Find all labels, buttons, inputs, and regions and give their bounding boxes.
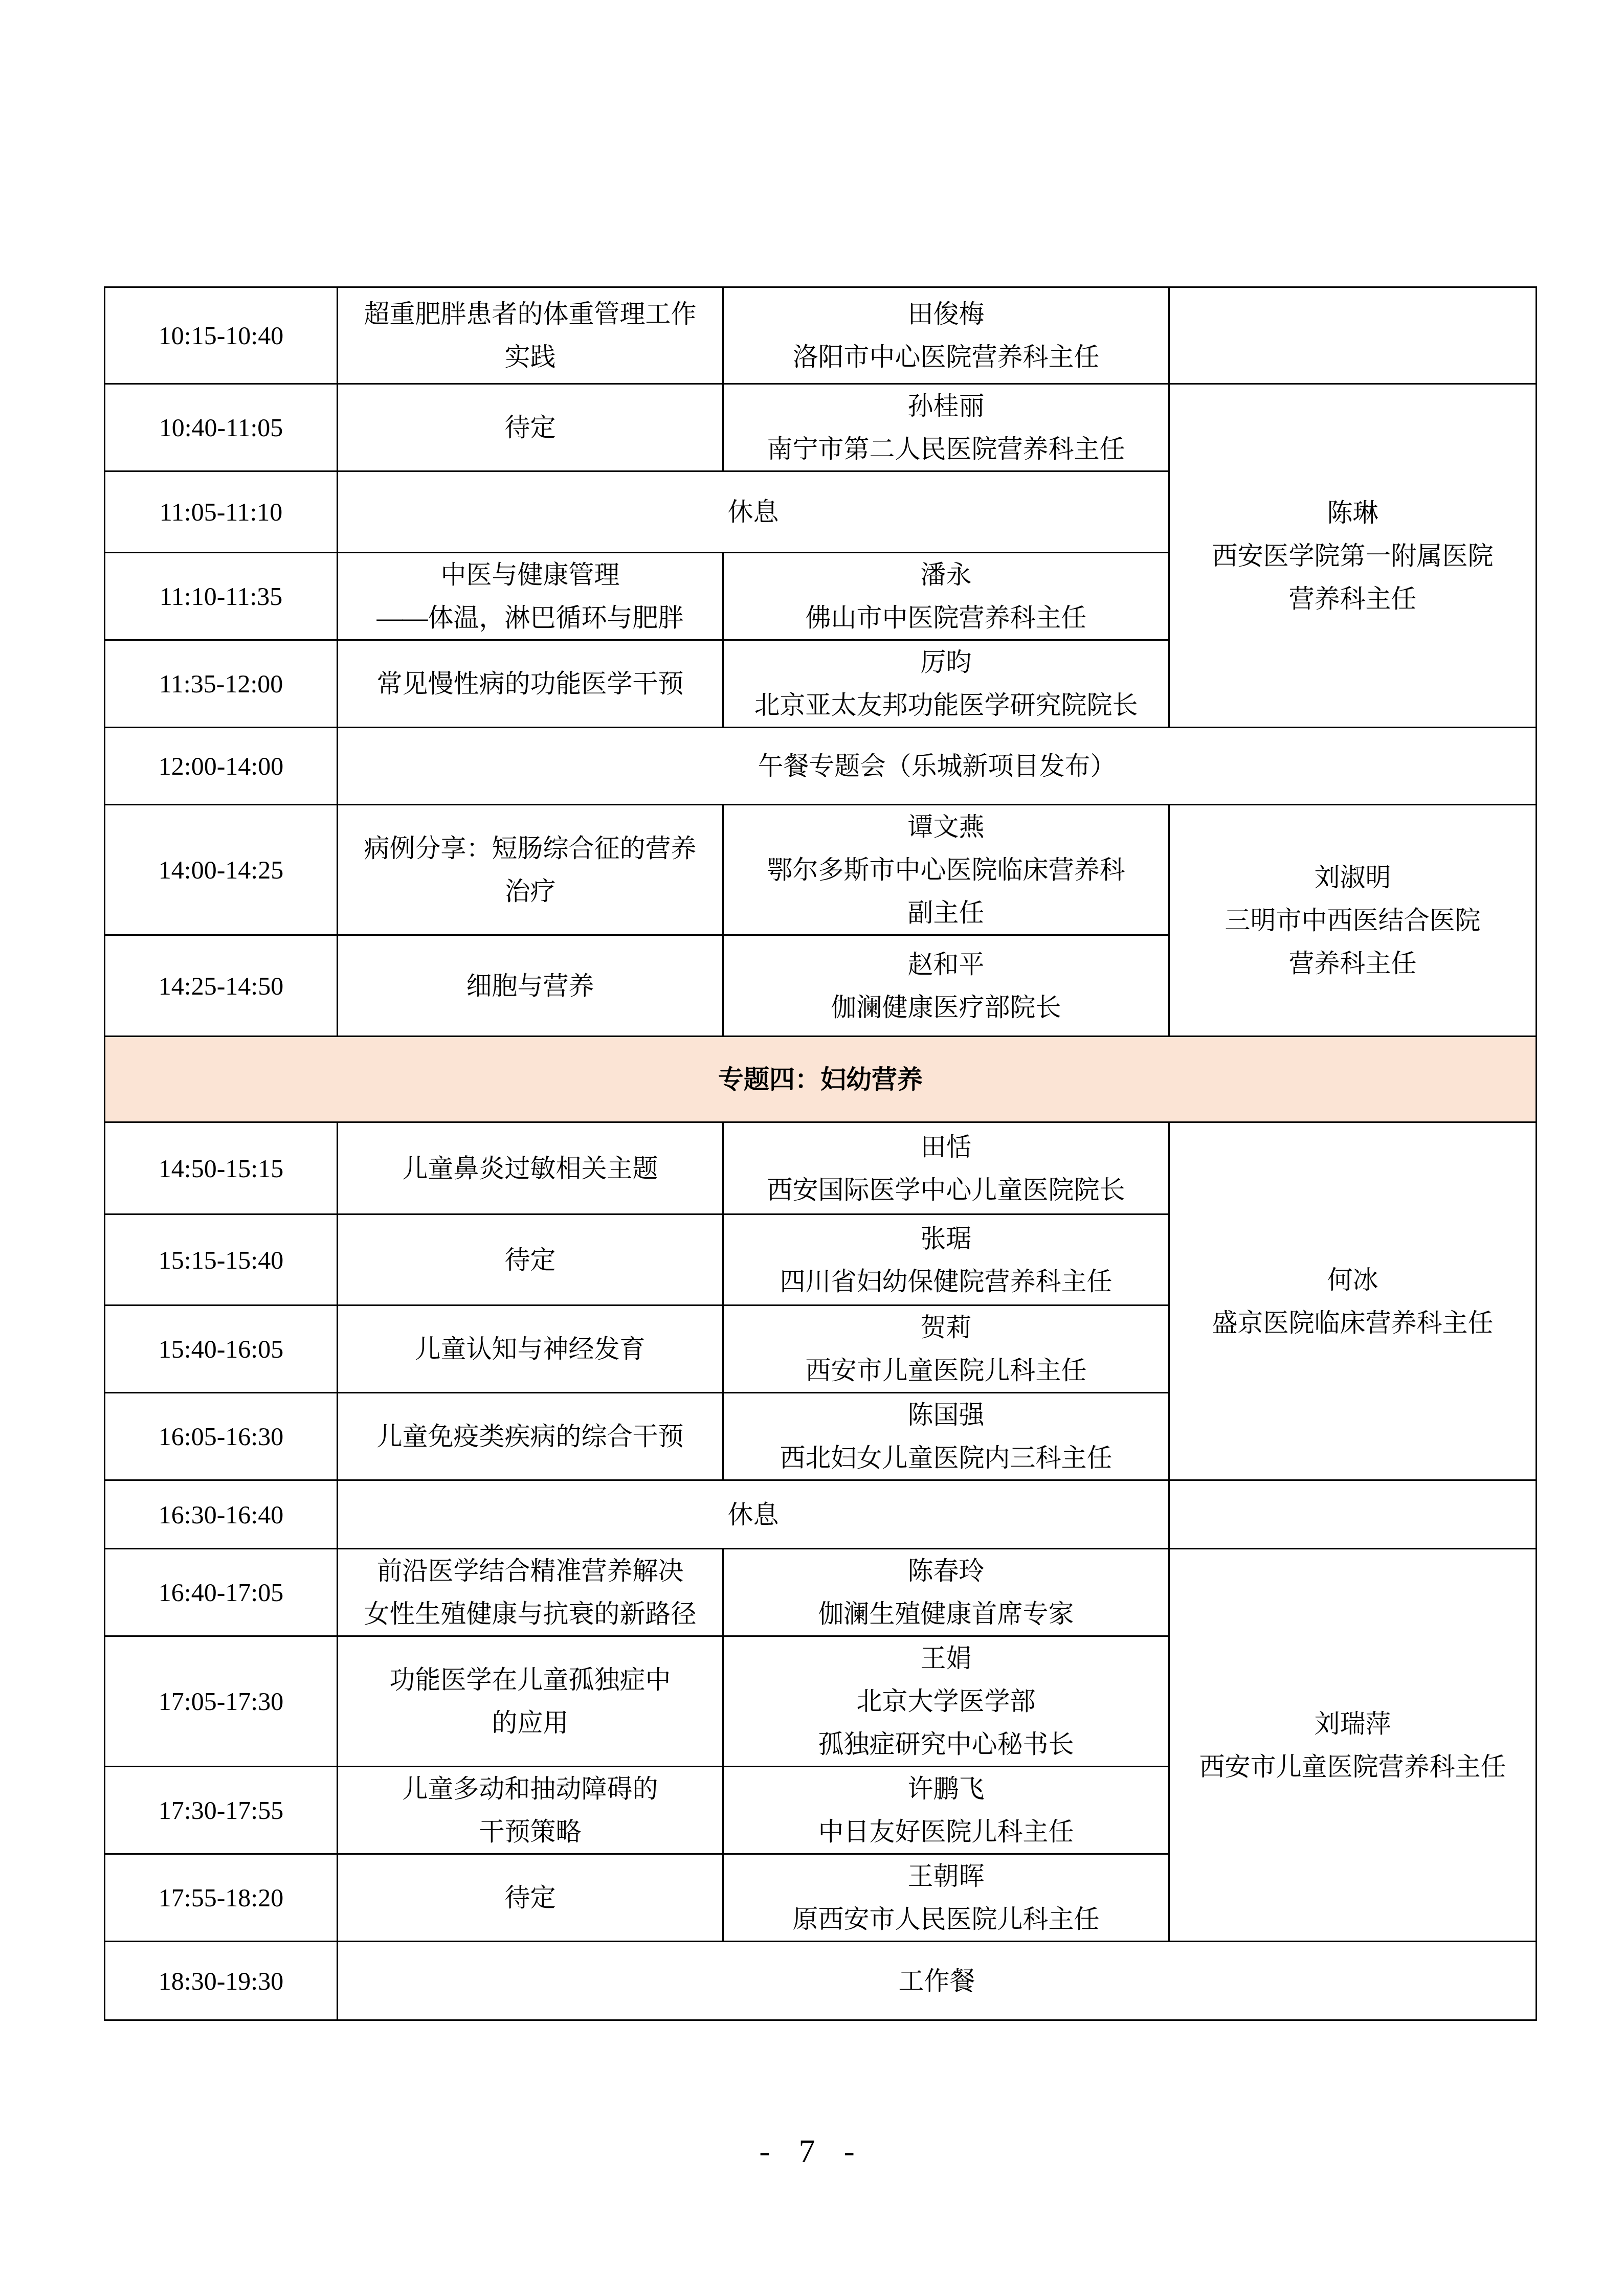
speaker-cell: 田恬 西安国际医学中心儿童医院院长 xyxy=(723,1122,1169,1214)
time-cell: 14:50-15:15 xyxy=(105,1122,338,1214)
speaker-name: 贺莉 xyxy=(733,1306,1159,1349)
speaker-cell: 潘永 佛山市中医院营养科主任 xyxy=(723,553,1169,640)
topic-line: 实践 xyxy=(347,335,713,378)
speaker-cell: 田俊梅 洛阳市中心医院营养科主任 xyxy=(723,287,1169,384)
speaker-cell: 贺莉 西安市儿童医院儿科主任 xyxy=(723,1305,1169,1393)
topic-line: 干预策略 xyxy=(347,1810,713,1853)
topic-cell: 待定 xyxy=(338,1854,723,1942)
speaker-title: 鄂尔多斯市中心医院临床营养科 xyxy=(733,848,1159,891)
speaker-name: 潘永 xyxy=(733,553,1159,596)
time-cell: 11:10-11:35 xyxy=(105,553,338,640)
speaker-name: 张琚 xyxy=(733,1217,1159,1260)
moderator-title: 三明市中西医结合医院 xyxy=(1179,899,1526,942)
speaker-cell: 张琚 四川省妇幼保健院营养科主任 xyxy=(723,1214,1169,1305)
speaker-cell: 王娟 北京大学医学部 孤独症研究中心秘书长 xyxy=(723,1636,1169,1767)
time-cell: 11:35-12:00 xyxy=(105,640,338,728)
speaker-title: 西北妇女儿童医院内三科主任 xyxy=(733,1436,1159,1479)
speaker-title: 北京亚太友邦功能医学研究院院长 xyxy=(733,684,1159,727)
time-cell: 14:00-14:25 xyxy=(105,805,338,935)
speaker-cell: 厉昀 北京亚太友邦功能医学研究院院长 xyxy=(723,640,1169,728)
topic-line: 儿童多动和抽动障碍的 xyxy=(347,1767,713,1810)
topic-cell: 中医与健康管理 ——体温，淋巴循环与肥胖 xyxy=(338,553,723,640)
schedule-row: 12:00-14:00 午餐专题会（乐城新项目发布） xyxy=(105,728,1537,805)
moderator-cell: 陈琳 西安医学院第一附属医院 营养科主任 xyxy=(1169,384,1537,728)
topic-line: 病例分享：短肠综合征的营养 xyxy=(347,827,713,870)
moderator-title: 西安市儿童医院营养科主任 xyxy=(1179,1745,1526,1788)
time-cell: 15:40-16:05 xyxy=(105,1305,338,1393)
moderator-cell: 刘瑞萍 西安市儿童医院营养科主任 xyxy=(1169,1549,1537,1942)
speaker-name: 赵和平 xyxy=(733,943,1159,986)
speaker-title: 伽澜生殖健康首席专家 xyxy=(733,1592,1159,1635)
topic-cell: 细胞与营养 xyxy=(338,935,723,1037)
speaker-cell: 许鹏飞 中日友好医院儿科主任 xyxy=(723,1767,1169,1854)
topic-line: 常见慢性病的功能医学干预 xyxy=(347,662,713,705)
topic-line: 的应用 xyxy=(347,1701,713,1744)
speaker-title: 中日友好医院儿科主任 xyxy=(733,1810,1159,1853)
moderator-title: 营养科主任 xyxy=(1179,942,1526,985)
speaker-name: 孙桂丽 xyxy=(733,385,1159,427)
section-header-row: 专题四：妇幼营养 xyxy=(105,1037,1537,1122)
time-cell: 16:30-16:40 xyxy=(105,1480,338,1549)
time-cell: 12:00-14:00 xyxy=(105,728,338,805)
speaker-cell: 陈国强 西北妇女儿童医院内三科主任 xyxy=(723,1393,1169,1480)
schedule-row: 10:40-11:05 待定 孙桂丽 南宁市第二人民医院营养科主任 陈琳 西安医… xyxy=(105,384,1537,471)
schedule-row: 18:30-19:30 工作餐 xyxy=(105,1942,1537,2020)
topic-line: 中医与健康管理 xyxy=(347,553,713,596)
topic-cell: 儿童鼻炎过敏相关主题 xyxy=(338,1122,723,1214)
topic-cell: 常见慢性病的功能医学干预 xyxy=(338,640,723,728)
section-title: 专题四：妇幼营养 xyxy=(105,1037,1537,1122)
topic-line: 待定 xyxy=(347,1239,713,1281)
topic-line: 待定 xyxy=(347,406,713,449)
speaker-cell: 孙桂丽 南宁市第二人民医院营养科主任 xyxy=(723,384,1169,471)
topic-line: 超重肥胖患者的体重管理工作 xyxy=(347,292,713,335)
moderator-cell: 刘淑明 三明市中西医结合医院 营养科主任 xyxy=(1169,805,1537,1037)
topic-line: ——体温，淋巴循环与肥胖 xyxy=(347,596,713,639)
topic-line: 功能医学在儿童孤独症中 xyxy=(347,1658,713,1701)
speaker-title: 北京大学医学部 xyxy=(733,1680,1159,1723)
schedule-row: 16:40-17:05 前沿医学结合精准营养解决 女性生殖健康与抗衰的新路径 陈… xyxy=(105,1549,1537,1636)
event-cell: 休息 xyxy=(338,471,1169,553)
moderator-title: 营养科主任 xyxy=(1179,577,1526,620)
topic-cell: 待定 xyxy=(338,384,723,471)
moderator-title: 西安医学院第一附属医院 xyxy=(1179,534,1526,577)
topic-line: 前沿医学结合精准营养解决 xyxy=(347,1549,713,1592)
speaker-title: 孤独症研究中心秘书长 xyxy=(733,1723,1159,1766)
speaker-name: 田俊梅 xyxy=(733,292,1159,335)
speaker-title: 西安国际医学中心儿童医院院长 xyxy=(733,1168,1159,1211)
speaker-title: 四川省妇幼保健院营养科主任 xyxy=(733,1260,1159,1303)
moderator-name: 陈琳 xyxy=(1179,491,1526,534)
moderator-name: 刘瑞萍 xyxy=(1179,1702,1526,1745)
page-number: - 7 - xyxy=(0,2132,1624,2170)
speaker-cell: 王朝晖 原西安市人民医院儿科主任 xyxy=(723,1854,1169,1942)
speaker-name: 厉昀 xyxy=(733,641,1159,684)
speaker-title: 西安市儿童医院儿科主任 xyxy=(733,1349,1159,1392)
event-cell: 午餐专题会（乐城新项目发布） xyxy=(338,728,1537,805)
speaker-name: 王娟 xyxy=(733,1637,1159,1680)
speaker-name: 许鹏飞 xyxy=(733,1767,1159,1810)
speaker-cell: 陈春玲 伽澜生殖健康首席专家 xyxy=(723,1549,1169,1636)
speaker-name: 谭文燕 xyxy=(733,805,1159,848)
speaker-name: 田恬 xyxy=(733,1126,1159,1168)
topic-line: 儿童免疫类疾病的综合干预 xyxy=(347,1415,713,1458)
topic-line: 待定 xyxy=(347,1876,713,1919)
time-cell: 17:05-17:30 xyxy=(105,1636,338,1767)
moderator-cell-empty xyxy=(1169,1480,1537,1549)
moderator-title: 盛京医院临床营养科主任 xyxy=(1179,1301,1526,1344)
topic-cell: 病例分享：短肠综合征的营养 治疗 xyxy=(338,805,723,935)
moderator-cell-empty xyxy=(1169,287,1537,384)
topic-cell: 儿童多动和抽动障碍的 干预策略 xyxy=(338,1767,723,1854)
time-cell: 10:15-10:40 xyxy=(105,287,338,384)
schedule-table: 10:15-10:40 超重肥胖患者的体重管理工作 实践 田俊梅 洛阳市中心医院… xyxy=(104,286,1537,2021)
time-cell: 18:30-19:30 xyxy=(105,1942,338,2020)
moderator-name: 何冰 xyxy=(1179,1258,1526,1301)
speaker-cell: 赵和平 伽澜健康医疗部院长 xyxy=(723,935,1169,1037)
speaker-title: 南宁市第二人民医院营养科主任 xyxy=(733,427,1159,470)
time-cell: 15:15-15:40 xyxy=(105,1214,338,1305)
time-cell: 10:40-11:05 xyxy=(105,384,338,471)
speaker-name: 陈国强 xyxy=(733,1393,1159,1436)
moderator-name: 刘淑明 xyxy=(1179,856,1526,899)
topic-cell: 儿童认知与神经发育 xyxy=(338,1305,723,1393)
time-cell: 16:05-16:30 xyxy=(105,1393,338,1480)
time-cell: 11:05-11:10 xyxy=(105,471,338,553)
topic-line: 儿童鼻炎过敏相关主题 xyxy=(347,1147,713,1190)
schedule-row: 14:50-15:15 儿童鼻炎过敏相关主题 田恬 西安国际医学中心儿童医院院长… xyxy=(105,1122,1537,1214)
topic-line: 儿童认知与神经发育 xyxy=(347,1327,713,1370)
speaker-title: 副主任 xyxy=(733,891,1159,934)
time-cell: 17:55-18:20 xyxy=(105,1854,338,1942)
speaker-title: 原西安市人民医院儿科主任 xyxy=(733,1898,1159,1941)
time-cell: 14:25-14:50 xyxy=(105,935,338,1037)
event-cell: 工作餐 xyxy=(338,1942,1537,2020)
speaker-name: 陈春玲 xyxy=(733,1549,1159,1592)
schedule-row: 16:30-16:40 休息 xyxy=(105,1480,1537,1549)
speaker-title: 佛山市中医院营养科主任 xyxy=(733,596,1159,639)
speaker-name: 王朝晖 xyxy=(733,1855,1159,1898)
schedule-row: 14:00-14:25 病例分享：短肠综合征的营养 治疗 谭文燕 鄂尔多斯市中心… xyxy=(105,805,1537,935)
event-cell: 休息 xyxy=(338,1480,1169,1549)
speaker-title: 伽澜健康医疗部院长 xyxy=(733,986,1159,1029)
topic-line: 细胞与营养 xyxy=(347,964,713,1007)
topic-cell: 超重肥胖患者的体重管理工作 实践 xyxy=(338,287,723,384)
schedule-row: 10:15-10:40 超重肥胖患者的体重管理工作 实践 田俊梅 洛阳市中心医院… xyxy=(105,287,1537,384)
speaker-cell: 谭文燕 鄂尔多斯市中心医院临床营养科 副主任 xyxy=(723,805,1169,935)
speaker-title: 洛阳市中心医院营养科主任 xyxy=(733,335,1159,378)
time-cell: 17:30-17:55 xyxy=(105,1767,338,1854)
topic-cell: 待定 xyxy=(338,1214,723,1305)
topic-cell: 前沿医学结合精准营养解决 女性生殖健康与抗衰的新路径 xyxy=(338,1549,723,1636)
moderator-cell: 何冰 盛京医院临床营养科主任 xyxy=(1169,1122,1537,1480)
topic-cell: 儿童免疫类疾病的综合干预 xyxy=(338,1393,723,1480)
topic-line: 女性生殖健康与抗衰的新路径 xyxy=(347,1592,713,1635)
time-cell: 16:40-17:05 xyxy=(105,1549,338,1636)
topic-line: 治疗 xyxy=(347,870,713,913)
topic-cell: 功能医学在儿童孤独症中 的应用 xyxy=(338,1636,723,1767)
